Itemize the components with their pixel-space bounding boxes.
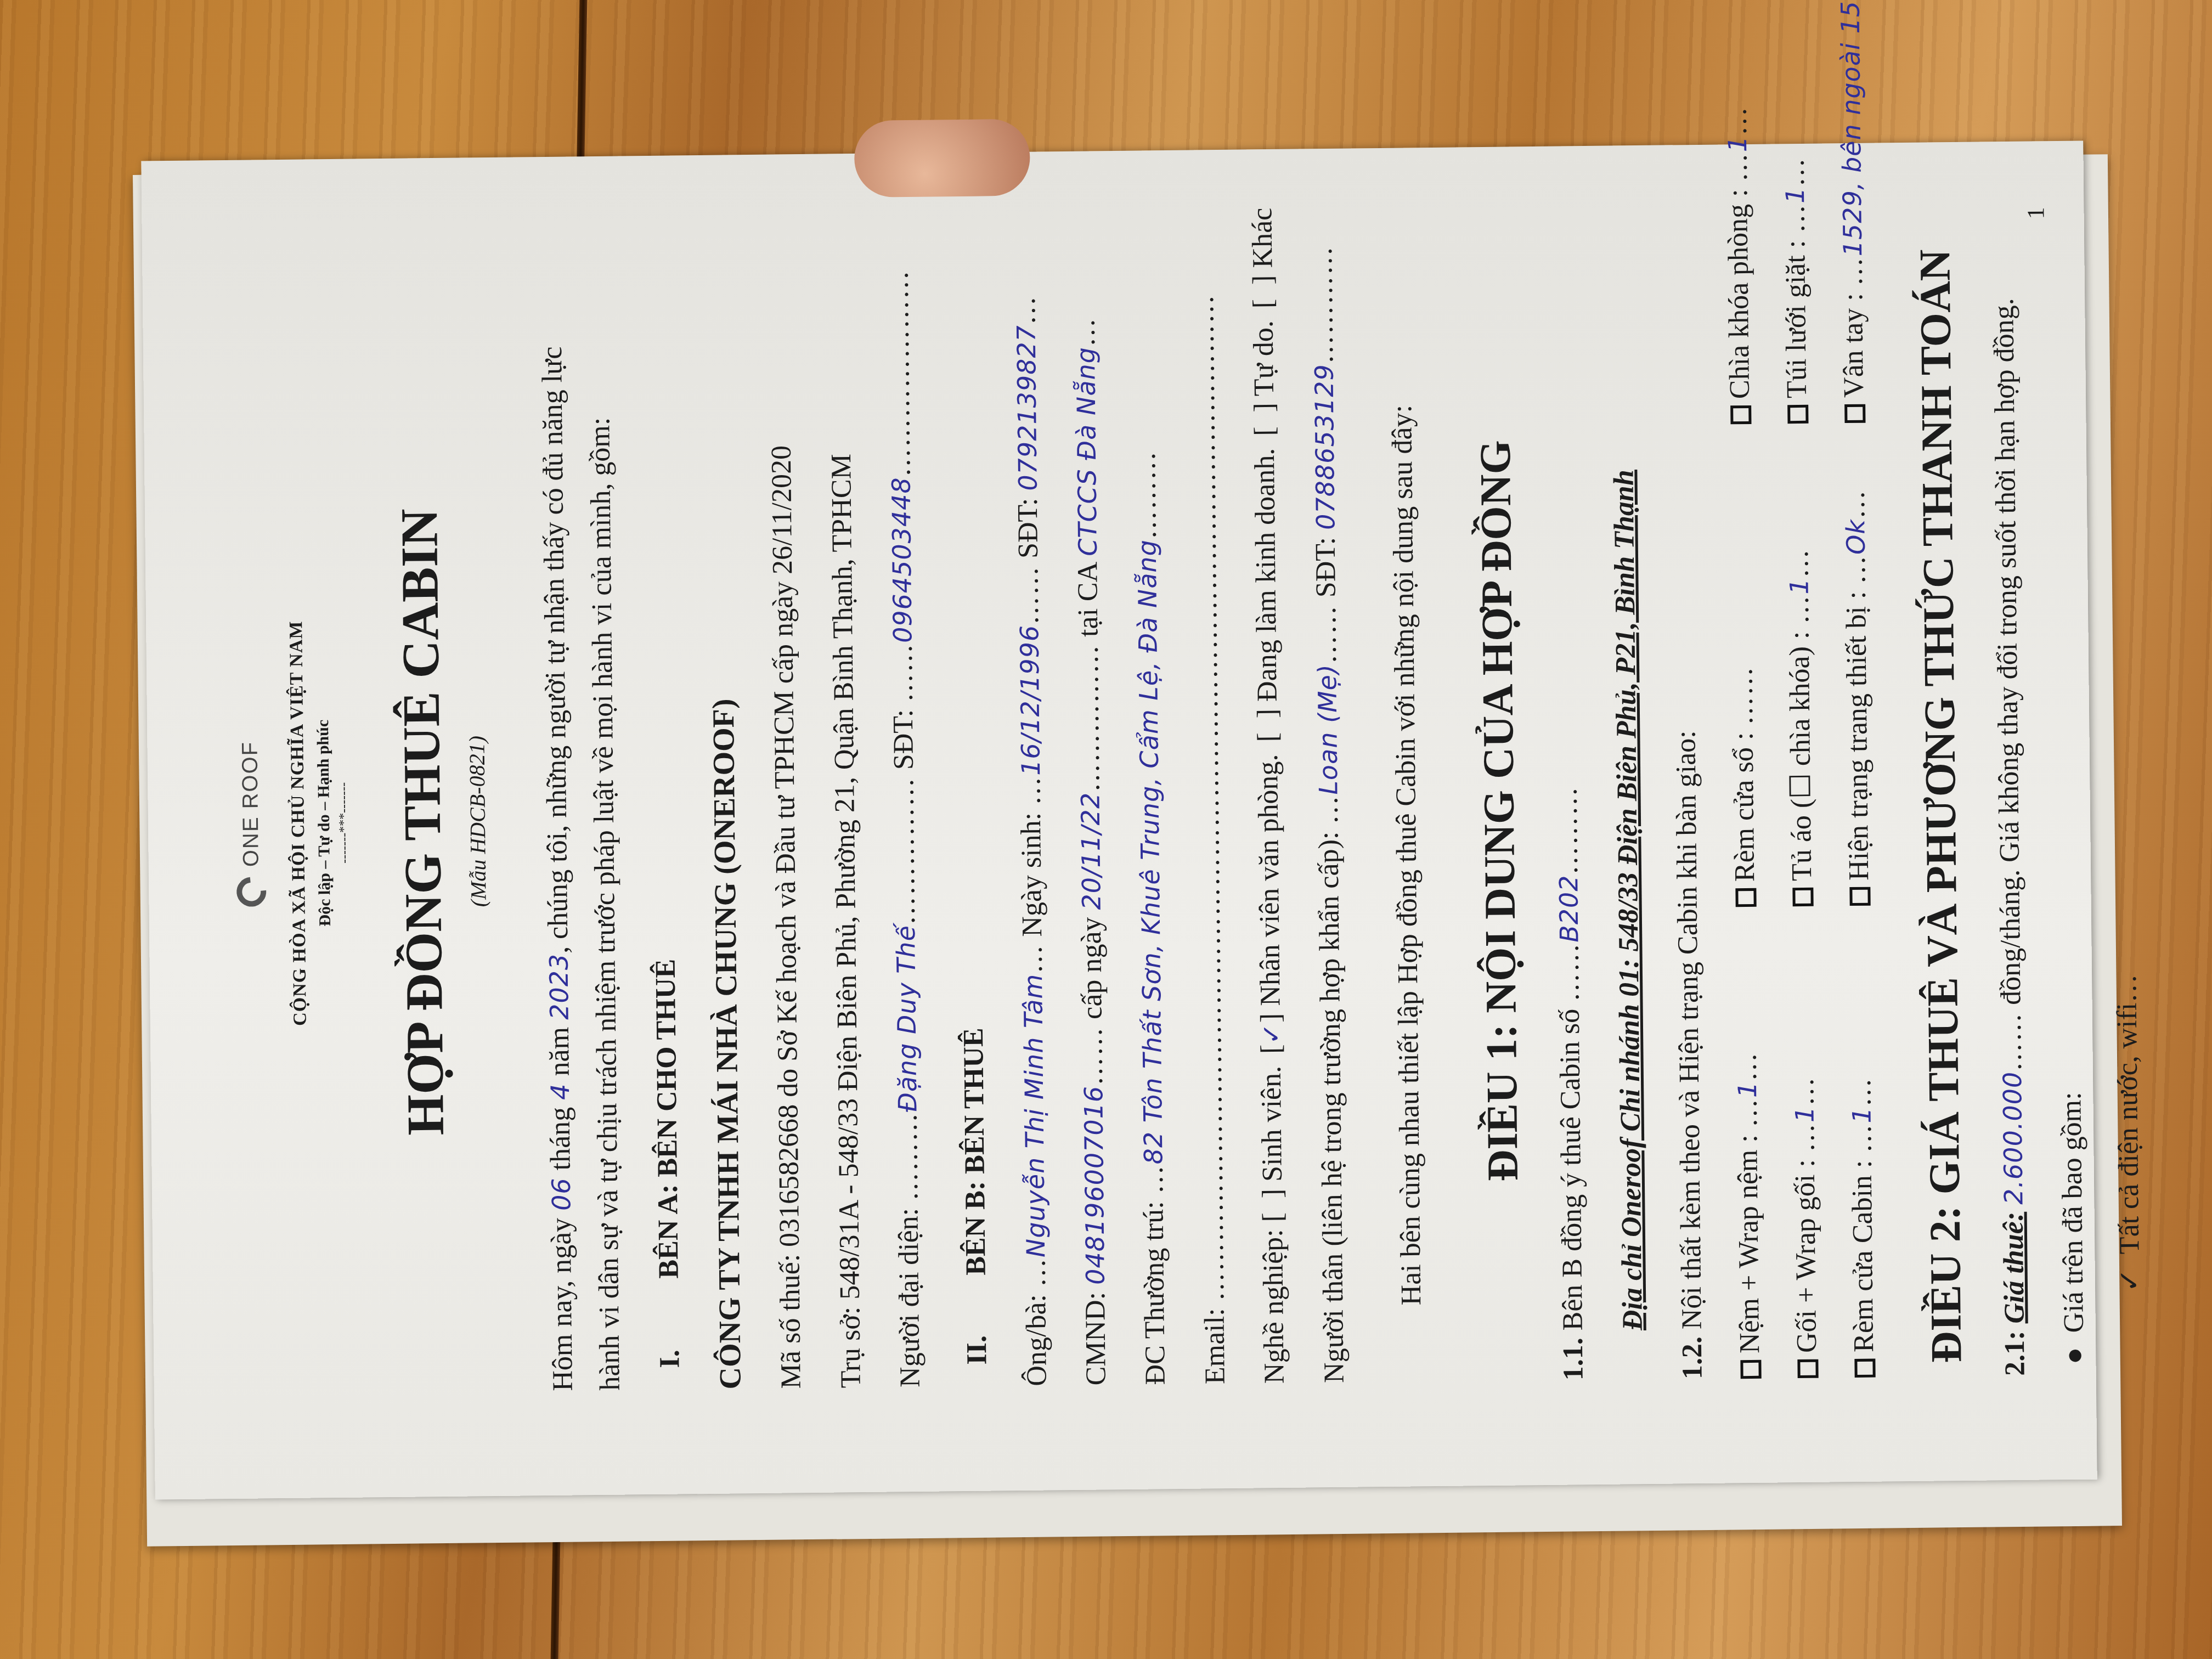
tenant-phone-field[interactable]: 0792139827	[1011, 325, 1042, 491]
finger-holding-page	[854, 119, 1030, 198]
cabin-number-line: 1.1. Bên B đồng ý thuê Cabin số ……B202………	[1545, 239, 1591, 1381]
contract-page: ONE ROOF CỘNG HÒA XÃ HỘI CHỦ NGHĨA VIỆT …	[141, 141, 2097, 1500]
intro-paragraph: Hôm nay, ngày 06 tháng 4 năm 2023, chúng…	[534, 250, 580, 1391]
furniture-item: Hiện trạng trang thiết bị : …Ok…	[1838, 423, 1877, 906]
tax-id-line: Mã số thuế: 0316582668 do Sở Kế hoạch và…	[763, 247, 809, 1389]
furniture-item: Rèm cửa Cabin : …1…	[1843, 906, 1882, 1378]
occupation-option[interactable]: [ ] Đang làm kinh doanh.	[1249, 448, 1284, 742]
bracket-checkbox-icon[interactable]: [ ]	[1248, 275, 1279, 308]
article-2-title: ĐIỀU 2: GIÁ THUÊ VÀ PHƯƠNG THỨC THANH TO…	[1909, 235, 1973, 1377]
checkbox-icon[interactable]	[1845, 404, 1866, 423]
furniture-item: Túi lưới giặt : …1…	[1775, 0, 1815, 424]
dob-field[interactable]: 16/12/1996	[1014, 625, 1046, 776]
furniture-item: Gối + Wrap gối : …1…	[1786, 906, 1825, 1379]
bracket-checkbox-icon[interactable]: [ ]	[1252, 709, 1284, 742]
intro-line-2: hành vi dân sự và tự chịu trách nhiệm tr…	[582, 250, 628, 1391]
emergency-contact-line: Người thân (liên hệ trong trường hợp khẩ…	[1306, 242, 1352, 1384]
agreement-statement: Hai bên cùng nhau thiết lập Hợp đồng thu…	[1384, 241, 1430, 1383]
furniture-quantity-field[interactable]: 1	[1723, 136, 1752, 153]
month-field[interactable]: 4	[545, 1083, 575, 1100]
checkbox-icon[interactable]	[1850, 887, 1871, 906]
rent-price-line: 2.1: Giá thuê: 2.600.000…… đồng/tháng. G…	[1987, 235, 2033, 1376]
furniture-quantity-field[interactable]: 1	[1790, 1106, 1820, 1123]
party-a-heading: I. BÊN A: BÊN CHO THUÊ	[641, 249, 687, 1390]
bracket-checkbox-icon[interactable]: [ ]	[1249, 403, 1280, 436]
furniture-row: Nệm + Wrap nệm : …1…Rèm cửa sổ : ……Chìa …	[1722, 238, 1768, 1379]
id-issue-place-field[interactable]: CTCCS Đà Nẵng	[1071, 347, 1103, 556]
branch-address: Địa chỉ Oneroof Chi nhánh 01: 548/33 Điệ…	[1605, 239, 1651, 1380]
bracket-checkbox-icon[interactable]: [ ]	[1257, 1189, 1289, 1222]
id-issue-date-field[interactable]: 20/11/22	[1076, 792, 1107, 910]
checkbox-icon[interactable]	[1730, 405, 1751, 424]
document-title: HỢP ĐỒNG THUÊ CABIN	[385, 251, 460, 1393]
furniture-row: Gối + Wrap gối : …1…Tủ áo (☐ chìa khóa) …	[1779, 237, 1825, 1379]
emergency-phone-field[interactable]: 0788653129	[1309, 364, 1340, 530]
occupation-option[interactable]: [ ] Sinh viên.	[1256, 1066, 1289, 1222]
furniture-item: Rèm cửa sổ : ……	[1723, 424, 1763, 907]
company-name: CÔNG TY TNHH MÁI NHÀ CHUNG (ONEROOF)	[701, 248, 749, 1390]
rent-price-field[interactable]: 2.600.000	[1997, 1071, 2029, 1205]
emergency-contact-field[interactable]: Loan (Mẹ)	[1312, 664, 1343, 795]
checkbox-icon[interactable]	[1787, 405, 1808, 424]
article-1-title: ĐIỀU 1: NỘI DUNG CỦA HỢP ĐỒNG	[1467, 240, 1532, 1381]
checkbox-icon[interactable]	[1740, 1360, 1761, 1379]
template-code: (Mẫu HDCB-0821)	[459, 251, 497, 1392]
year-field[interactable]: 2023	[544, 953, 574, 1020]
price-includes-label: ● Giá trên đã bao gồm:	[2046, 234, 2092, 1376]
furniture-quantity-field[interactable]: 1	[1847, 1107, 1877, 1124]
furniture-quantity-field[interactable]: 1	[1780, 187, 1810, 204]
furniture-item: Vân tay : …1529, bên ngoài 156…	[1832, 0, 1872, 423]
representative-phone-field[interactable]: 0964503448	[886, 477, 917, 643]
furniture-checklist: Nệm + Wrap nệm : …1…Rèm cửa sổ : ……Chìa …	[1722, 236, 1882, 1379]
page-number: 1	[2022, 207, 2051, 219]
furniture-quantity-field[interactable]: 1	[1784, 578, 1814, 595]
representative-field[interactable]: Đặng Duy Thế	[891, 925, 923, 1112]
occupation-option[interactable]: [✓] Nhân viên văn phòng.	[1252, 754, 1287, 1054]
bracket-checkbox-icon[interactable]: [✓]	[1255, 1013, 1287, 1054]
furniture-item: Chìa khóa phòng : …1…	[1718, 0, 1758, 424]
furniture-heading: 1.2. Nội thất kèm theo và Hiện trạng Cab…	[1664, 238, 1710, 1380]
furniture-row: Rèm cửa Cabin : …1…Hiện trạng trang thiế…	[1836, 236, 1882, 1378]
permanent-address-field[interactable]: 82 Tôn Thất Sơn, Khuê Trung, Cẩm Lệ, Đà …	[1132, 539, 1169, 1165]
party-b-heading: II. BÊN B: BÊN THUÊ	[949, 246, 995, 1387]
furniture-item: Nệm + Wrap nệm : …1…	[1728, 907, 1767, 1379]
checkbox-icon[interactable]	[1735, 888, 1756, 907]
furniture-quantity-field[interactable]: 1529, bên ngoài 156	[1836, 0, 1868, 257]
headquarters-line: Trụ sở: 548/31A - 548/33 Điện Biên Phủ, …	[822, 247, 868, 1389]
furniture-quantity-field[interactable]: Ok	[1841, 519, 1871, 555]
checkbox-icon[interactable]	[1792, 888, 1813, 906]
occupation-option[interactable]: [ ] Tự do.	[1248, 320, 1280, 436]
furniture-quantity-field[interactable]: 1	[1733, 1081, 1762, 1098]
tenant-name-line: Ông/bà: …Nguyễn Thị Minh Tâm… Ngày sinh:…	[1008, 245, 1054, 1386]
oneroof-ring-icon	[230, 871, 272, 912]
occupation-option[interactable]: [ ] Khác	[1247, 208, 1279, 309]
representative-line: Người đại diện: ………Đặng Duy Thế…………… SĐT…	[882, 246, 928, 1388]
id-card-line: CMND: 048196007016…… cấp ngày 20/11/22………	[1068, 244, 1114, 1386]
occupation-line: Nghề nghiệp: [ ] Sinh viên.[✓] Nhân viên…	[1246, 242, 1292, 1384]
brand-name: ONE ROOF	[236, 741, 264, 867]
checkmark-icon: ✓	[2114, 1254, 2146, 1293]
bullet-icon: ●	[2058, 1333, 2090, 1364]
email-line: Email: …………………………………………………………………………………………	[1187, 243, 1233, 1385]
day-field[interactable]: 06	[546, 1177, 577, 1211]
tenant-name-field[interactable]: Nguyễn Thị Minh Tâm	[1018, 973, 1051, 1257]
checkbox-icon[interactable]	[1797, 1359, 1818, 1378]
id-number-field[interactable]: 048196007016	[1079, 1086, 1110, 1285]
brand-logo: ONE ROOF	[230, 253, 272, 1394]
permanent-address-line: ĐC Thường trú: …82 Tôn Thất Sơn, Khuê Tr…	[1127, 244, 1173, 1385]
checkbox-icon[interactable]	[1855, 1359, 1876, 1378]
furniture-item: Tủ áo (☐ chìa khóa) : …1…	[1780, 424, 1820, 907]
cabin-number-field[interactable]: B202	[1554, 874, 1584, 943]
